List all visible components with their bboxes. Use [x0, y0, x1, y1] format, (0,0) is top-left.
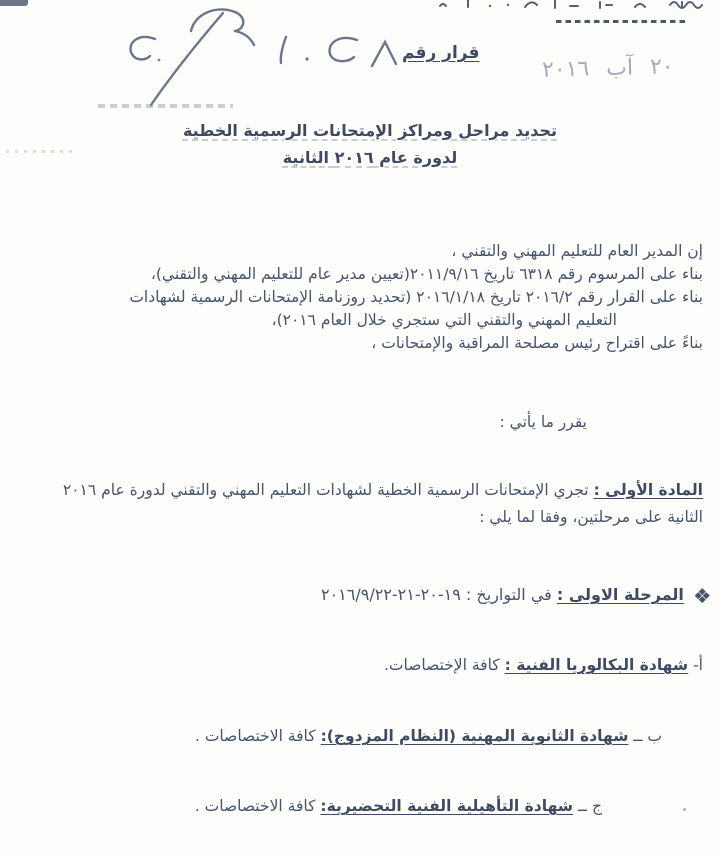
- title-line-1: تحديد مراحل ومراكز الإمتحانات الرسمية ال…: [95, 117, 645, 144]
- date-stamp: ٢٠ آب ٢٠١٦: [542, 54, 674, 82]
- stage-one-label: المرحلة الاولى :: [557, 585, 684, 604]
- title-line-2: لدورة عام ٢٠١٦ الثانية: [95, 144, 645, 171]
- item-prefix: أ-: [693, 656, 703, 674]
- item-title: شهادة البكالوريا الفنية :: [505, 656, 689, 674]
- preamble-line: بناء على المرسوم رقم ٦٣١٨ تاريخ ٢٠١١/٩/١…: [129, 263, 703, 286]
- item-rest: كافة الاختصاصات .: [195, 727, 316, 745]
- item-prefix: ب ــ: [633, 727, 662, 745]
- item-rest: كافة الإختصاصات.: [384, 656, 500, 674]
- item-title: شهادة الثانوية المهنية (النظام المزدوج):: [321, 727, 629, 745]
- certificate-item-a: أ- شهادة البكالوريا الفنية : كافة الإختص…: [384, 656, 703, 674]
- stage-one-line: المرحلة الاولى : في التواريخ : ١٩-٢٠-٢١-…: [321, 585, 708, 604]
- decision-number-label: قرار رقم: [402, 43, 480, 63]
- preamble: إن المدير العام للتعليم المهني والتقني ،…: [129, 240, 703, 355]
- stage-one-dates: في التواريخ : ١٩-٢٠-٢١-٢٠١٦/٩/٢٢: [321, 585, 552, 604]
- scanned-decision-document: { "colors": { "ink": "#46536c", "ink_bol…: [0, 0, 720, 854]
- article-one-label: المادة الأولى :: [594, 481, 703, 499]
- preamble-line: التعليم المهني والتقني التي ستجري خلال ا…: [129, 309, 703, 332]
- item-rest: كافة الاختصاصات .: [195, 797, 316, 815]
- item-title: شهادة التأهيلية الفنية التحضيرية:: [320, 797, 573, 815]
- preamble-line: إن المدير العام للتعليم المهني والتقني ،: [129, 240, 703, 263]
- four-diamond-icon: [696, 589, 708, 601]
- certificate-item-b: ب ــ شهادة الثانوية المهنية (النظام المز…: [195, 727, 662, 745]
- article-one: المادة الأولى : تجري الإمتحانات الرسمية …: [63, 479, 703, 529]
- scan-artifact-dot: [683, 808, 686, 811]
- preamble-line: بناء على القرار رقم ٢٠١٦/٢ تاريخ ٢٠١٦/١/…: [129, 286, 703, 309]
- scan-artifact-clipped-text-row: [430, 0, 720, 10]
- item-prefix: ج ــ: [578, 797, 602, 815]
- certificate-item-c: ج ــ شهادة التأهيلية الفنية التحضيرية: ك…: [195, 797, 602, 815]
- article-one-line1: المادة الأولى : تجري الإمتحانات الرسمية …: [63, 479, 703, 502]
- scan-artifact-corner: [0, 0, 28, 6]
- decides-line: يقرر ما يأتي :: [500, 413, 588, 431]
- document-title: تحديد مراحل ومراكز الإمتحانات الرسمية ال…: [95, 117, 645, 171]
- scan-artifact-smudge: [98, 104, 233, 108]
- article-one-line2: الثانية على مرحلتين، وفقا لما يلي :: [63, 506, 703, 529]
- scan-artifact-margin-marks: [6, 150, 76, 153]
- article-one-text: تجري الإمتحانات الرسمية الخطية لشهادات ا…: [63, 481, 589, 499]
- dashed-separator: [556, 20, 688, 23]
- preamble-line: بناءً على اقتراح رئيس مصلحة المراقبة وال…: [129, 332, 703, 355]
